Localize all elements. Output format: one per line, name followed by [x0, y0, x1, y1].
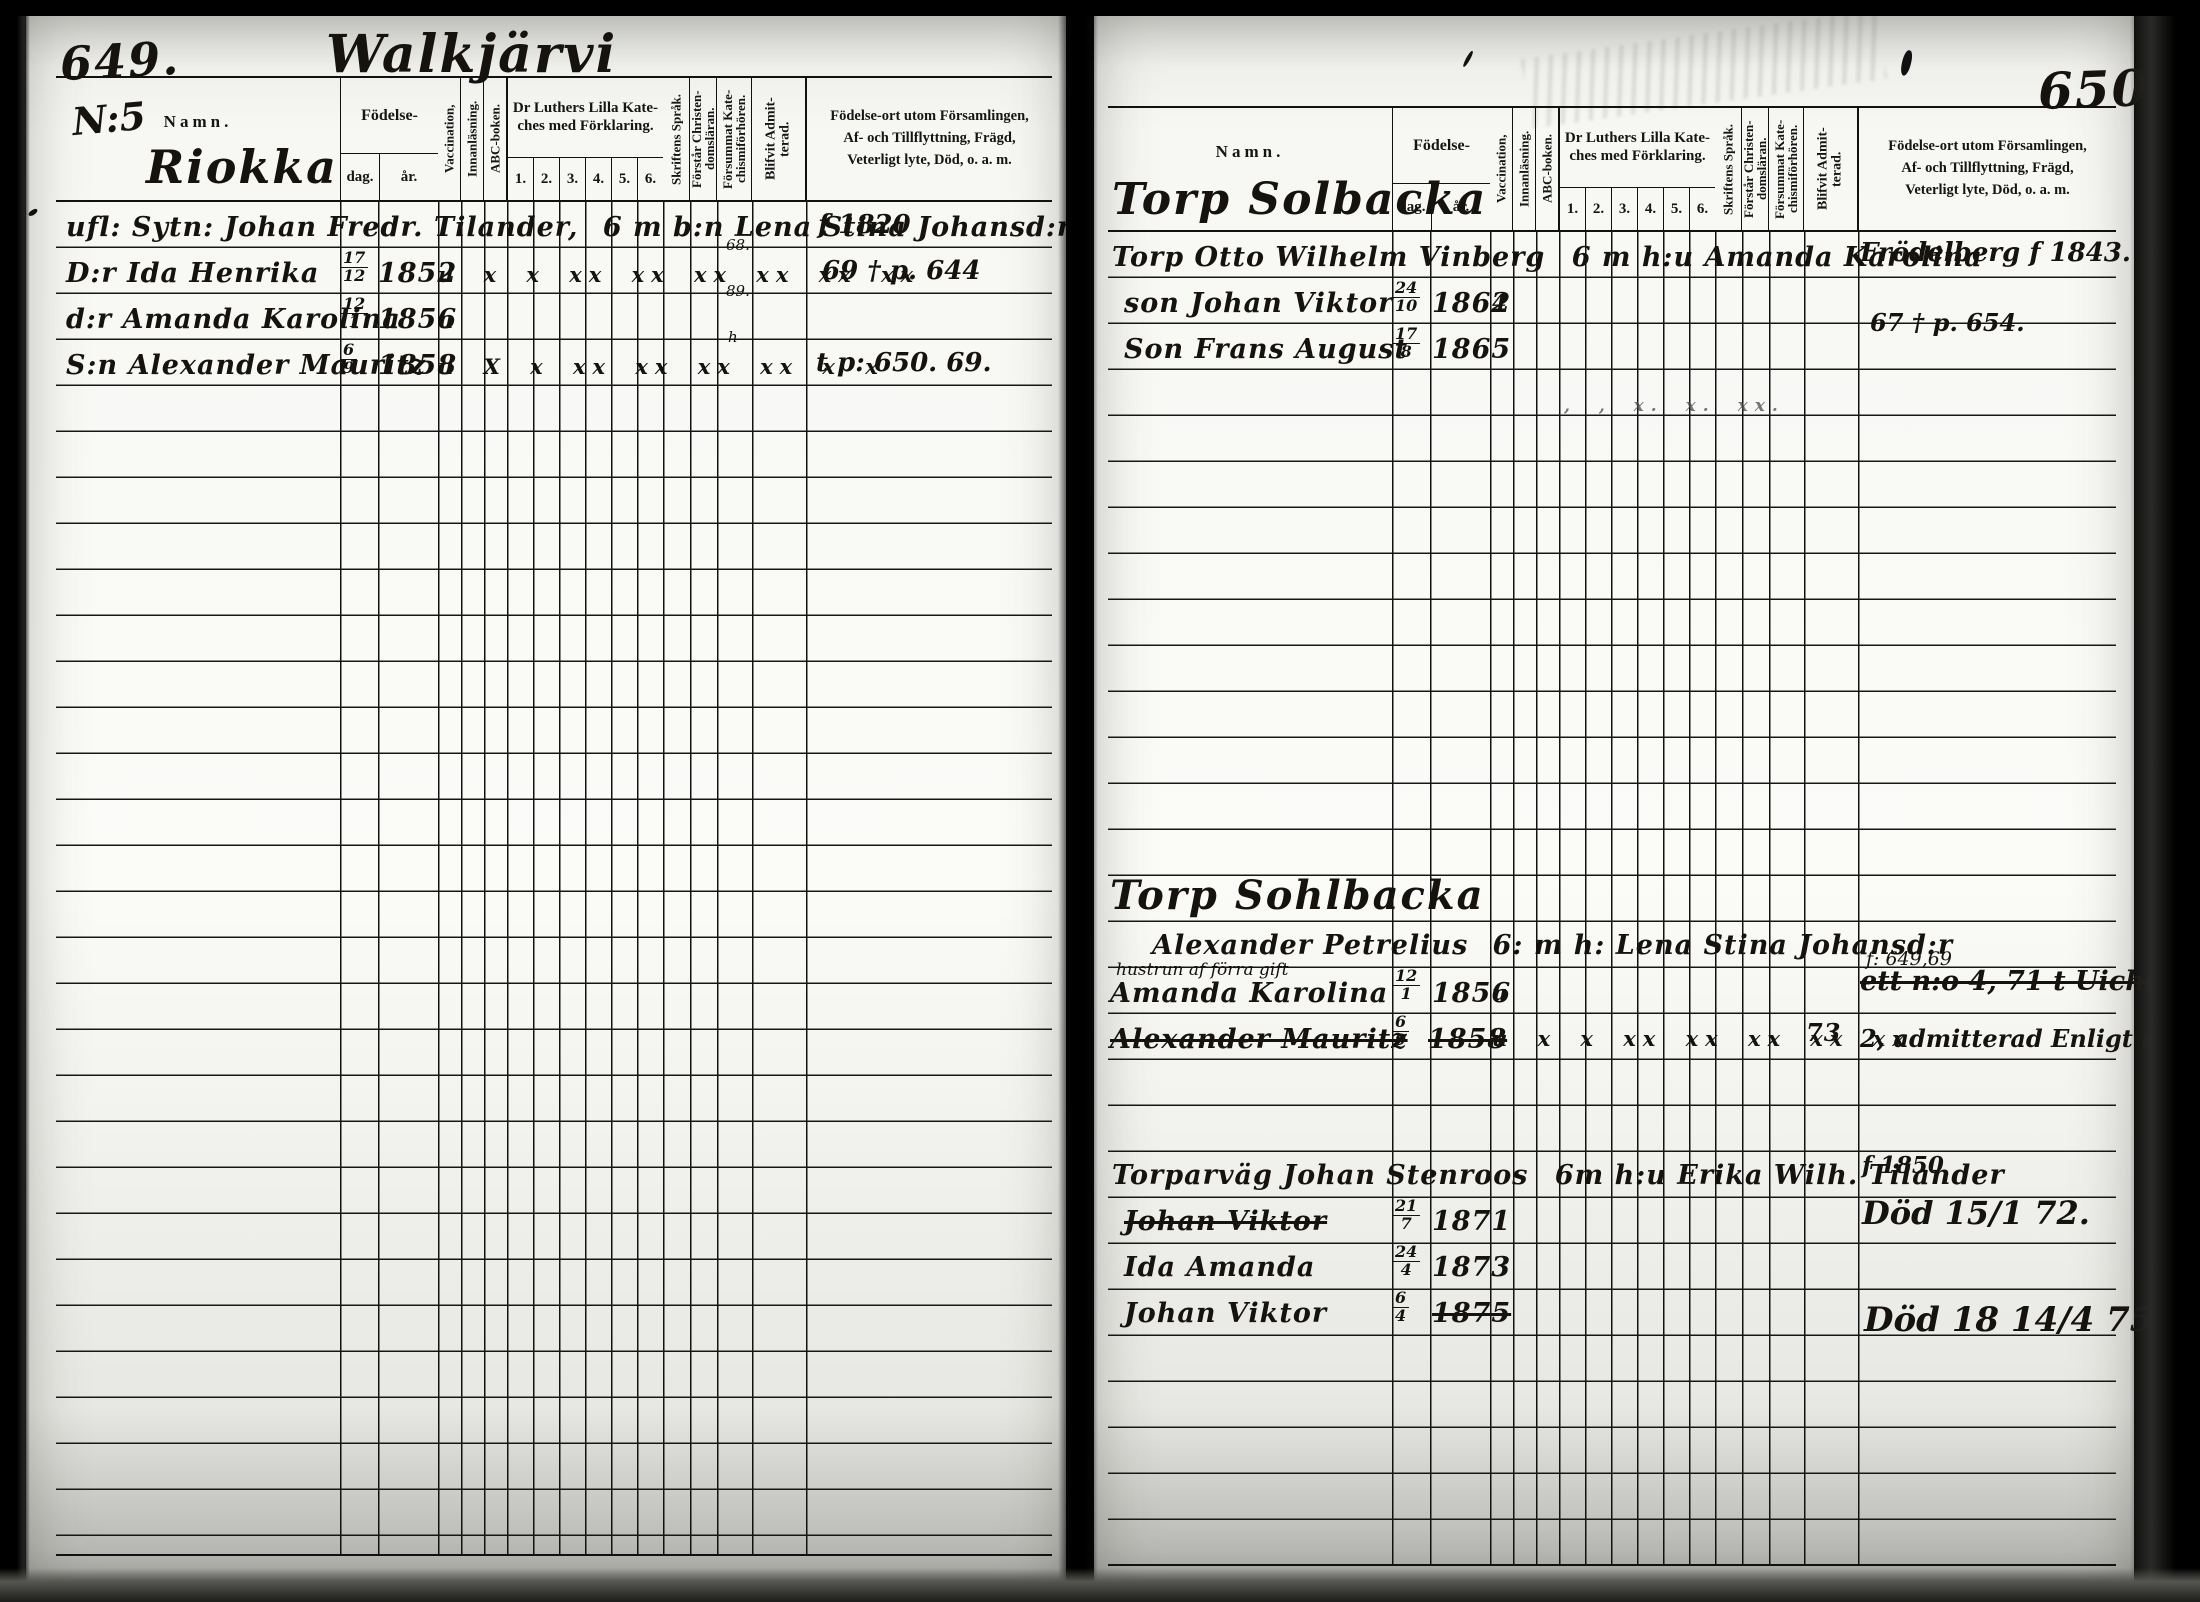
hw-interline-note: hustrun af förra gift — [1116, 960, 1288, 980]
hw-group-name: Riokka — [146, 140, 338, 194]
hw-note: t p: 650. 69. — [816, 348, 992, 378]
hw-birth-day: 24 10 — [1392, 280, 1420, 315]
hw-exam-marks: , , x. x. xx. — [1564, 396, 1785, 416]
notes-line1: Födelse-ort utom Församlingen, — [1888, 136, 2087, 158]
hw-row-name: son Johan Viktor — [1124, 288, 1393, 319]
hw-birth-year: 1873 — [1432, 1252, 1511, 1283]
hw-note: Död 15/1 72. — [1862, 1194, 2090, 1232]
katekes-6: 6. — [1689, 188, 1715, 230]
hw-row-name: Son Frans August — [1124, 334, 1408, 365]
katekes-line2: ches med Förklaring. — [1569, 148, 1705, 165]
frac-month: 10 — [1395, 298, 1417, 315]
book-spine-shadow — [1058, 0, 1098, 1602]
namn-label: Namn. — [1216, 142, 1285, 162]
hw-group-number: N:5 — [70, 93, 148, 144]
col-fodelse: Födelse- dag. år. — [340, 78, 438, 200]
col-vaccination: Vaccination, — [438, 78, 461, 200]
hw-name-part: Alexander Petrelius — [1152, 930, 1468, 961]
hw-birth-day: 24 4 — [1392, 1244, 1420, 1279]
hw-group-heading: Torp Sohlbacka — [1110, 872, 1485, 919]
katekes-3: 3. — [1611, 188, 1637, 230]
fodelse-label: Födelse- — [1393, 108, 1490, 183]
fodelse-label: Födelse- — [341, 78, 438, 153]
dag-label: dag. — [341, 154, 379, 200]
hw-row-name: D:r Ida Henrika — [66, 258, 319, 289]
frac-month: 1 — [1401, 986, 1412, 1003]
notes-line2: Af- och Tillflyttning, Frägd, — [843, 128, 1015, 150]
ink-mark — [1462, 50, 1474, 68]
katekes-line1: Dr Luthers Lilla Kate- — [1565, 130, 1710, 147]
hw-small-mark: 89. — [726, 282, 750, 300]
left-page: 649. Walkjärvi Namn. Födelse- dag. år. V… — [26, 4, 1066, 1598]
frac-month: 4 — [1401, 1262, 1412, 1279]
col-abc-boken: ABC-boken. — [1536, 108, 1559, 230]
left-table: Namn. Födelse- dag. år. Vaccination, Inn… — [56, 76, 1052, 1556]
hw-exam-marks: u — [1492, 980, 1514, 1005]
katekes-2: 2. — [533, 158, 559, 200]
notes-line3: Veterligt lyte, Död, o. a. m. — [847, 150, 1012, 172]
frac-month: 4 — [1395, 1308, 1406, 1325]
notes-line2: Af- och Tillflyttning, Frägd, — [1901, 158, 2073, 180]
frac-month: 9 — [1395, 1032, 1406, 1049]
col-forsummat: Försummat Kate- chismiförhören. — [1769, 108, 1804, 230]
hw-birth-day: 6 9 — [1392, 1014, 1409, 1049]
hw-small-mark: 68. — [726, 236, 750, 254]
hw-birth-day: 17 8 — [1392, 326, 1420, 361]
hw-exam-marks: u x x xx xx xx xx xx — [1492, 1026, 1912, 1051]
col-katekes: Dr Luthers Lilla Kate- ches med Förklari… — [507, 78, 663, 200]
hw-birth-year: 1865 — [1432, 334, 1511, 365]
hw-birth-year: 1875 — [1432, 1298, 1511, 1329]
katekes-4: 4. — [585, 158, 611, 200]
hw-small-mark: h — [728, 328, 738, 346]
col-katekes: Dr Luthers Lilla Kate- ches med Förklari… — [1559, 108, 1715, 230]
notes-line3: Veterligt lyte, Död, o. a. m. — [1905, 180, 2070, 202]
book-scan: 649. Walkjärvi Namn. Födelse- dag. år. V… — [0, 0, 2200, 1602]
katekes-1: 1. — [1560, 188, 1585, 230]
katekes-2: 2. — [1585, 188, 1611, 230]
hw-name-part: Torparväg Johan Stenroos — [1112, 1160, 1528, 1191]
col-blifvit-admitterad: Blifvit Admit- terad. — [1804, 108, 1858, 230]
katekes-line1: Dr Luthers Lilla Kate- — [513, 100, 658, 117]
frac-month: 9 — [343, 360, 354, 377]
ink-mark — [1899, 49, 1913, 76]
scan-edge-right — [2130, 0, 2200, 1602]
hw-note: f 1850 — [1862, 1152, 1944, 1179]
hw-exam-marks: 4 — [1492, 290, 1514, 315]
col-forstar: Förstår Christen- domsläran. — [690, 78, 717, 200]
hw-row-name: Johan Viktor — [1124, 1298, 1327, 1329]
hw-row-name: Alexander Mauritz — [1110, 1024, 1408, 1055]
col-notes: Födelse-ort utom Församlingen, Af- och T… — [1858, 108, 2116, 230]
col-forstar: Förstår Christen- domsläran. — [1742, 108, 1769, 230]
col-abc-boken: ABC-boken. — [484, 78, 507, 200]
col-forsummat: Försummat Kate- chismiförhören. — [717, 78, 752, 200]
scan-edge-left — [0, 0, 30, 1602]
katekes-3: 3. — [559, 158, 585, 200]
hw-note: 69 † p. 644 — [822, 256, 980, 286]
namn-label: Namn. — [164, 112, 233, 132]
frac-month: 8 — [1401, 344, 1412, 361]
hw-birth-day: 21 7 — [1392, 1198, 1420, 1233]
hw-note: 67 † p. 654. — [1870, 308, 2025, 337]
frac-month: 1 — [349, 314, 360, 331]
katekes-4: 4. — [1637, 188, 1663, 230]
left-table-body — [56, 202, 1052, 1556]
hw-row-name: Johan Viktor — [1124, 1206, 1327, 1237]
col-innanlasning: Innanläsning. — [461, 78, 484, 200]
hw-note: Frödelberg f 1843. — [1860, 238, 2131, 268]
hw-birth-day: 6 9 — [340, 342, 357, 377]
hw-group-heading: Torp Solbacka — [1112, 174, 1487, 225]
katekes-6: 6. — [637, 158, 663, 200]
katekes-5: 5. — [1663, 188, 1689, 230]
hw-row-name: Ida Amanda — [1124, 1252, 1315, 1283]
col-skriftens-sprak: Skriftens Språk. — [663, 78, 690, 200]
frac-month: 12 — [343, 268, 365, 285]
hw-row-name: Torp Otto Wilhelm Vinberg 6 m h:u Amanda… — [1112, 242, 1983, 273]
katekes-1: 1. — [508, 158, 533, 200]
col-vaccination: Vaccination, — [1490, 108, 1513, 230]
hw-name-part: ufl: Sytn: Johan Fredr. Tilander, — [66, 212, 578, 243]
col-skriftens-sprak: Skriftens Språk. — [1715, 108, 1742, 230]
scan-edge-top — [0, 0, 2200, 16]
col-blifvit-admitterad: Blifvit Admit- terad. — [752, 78, 806, 200]
hw-row-name: Amanda Karolina — [1110, 978, 1388, 1009]
katekes-5: 5. — [611, 158, 637, 200]
hw-name-part: Torp Otto Wilhelm Vinberg — [1112, 242, 1545, 273]
notes-line1: Födelse-ort utom Församlingen, — [830, 106, 1029, 128]
scan-edge-bottom — [0, 1568, 2200, 1602]
hw-row-name: S:n Alexander Mauritz — [66, 350, 426, 381]
hw-note: Död 18 14/4 75. — [1864, 1300, 2165, 1340]
hw-birth-day: 12 1 — [1392, 968, 1420, 1003]
hw-birth-day: 6 4 — [1392, 1290, 1409, 1325]
hw-birth-day: 17 12 — [340, 250, 368, 285]
katekes-line2: ches med Förklaring. — [517, 118, 653, 135]
hw-row-name: Alexander Petrelius 6: m h: Lena Stina J… — [1152, 930, 1953, 961]
right-page: 650 Namn. Födelse- dag. år. Vaccination,… — [1094, 4, 2134, 1598]
hw-birth-year: 1871 — [1432, 1206, 1511, 1237]
hw-birth-day: 12 1 — [340, 296, 368, 331]
col-innanlasning: Innanläsning. — [1513, 108, 1536, 230]
col-notes: Födelse-ort utom Församlingen, Af- och T… — [806, 78, 1052, 200]
hw-row-name: ufl: Sytn: Johan Fredr. Tilander, 6 m b:… — [66, 212, 1072, 243]
hw-note: 2, admitterad Enligt m. — [1860, 1024, 2175, 1053]
frac-month: 7 — [1401, 1216, 1412, 1233]
hw-note: f 1820 — [818, 210, 911, 240]
ar-label: år. — [379, 154, 438, 200]
hw-exam-marks: u — [438, 308, 460, 333]
hw-admitted-year: 73 — [1806, 1018, 1841, 1047]
